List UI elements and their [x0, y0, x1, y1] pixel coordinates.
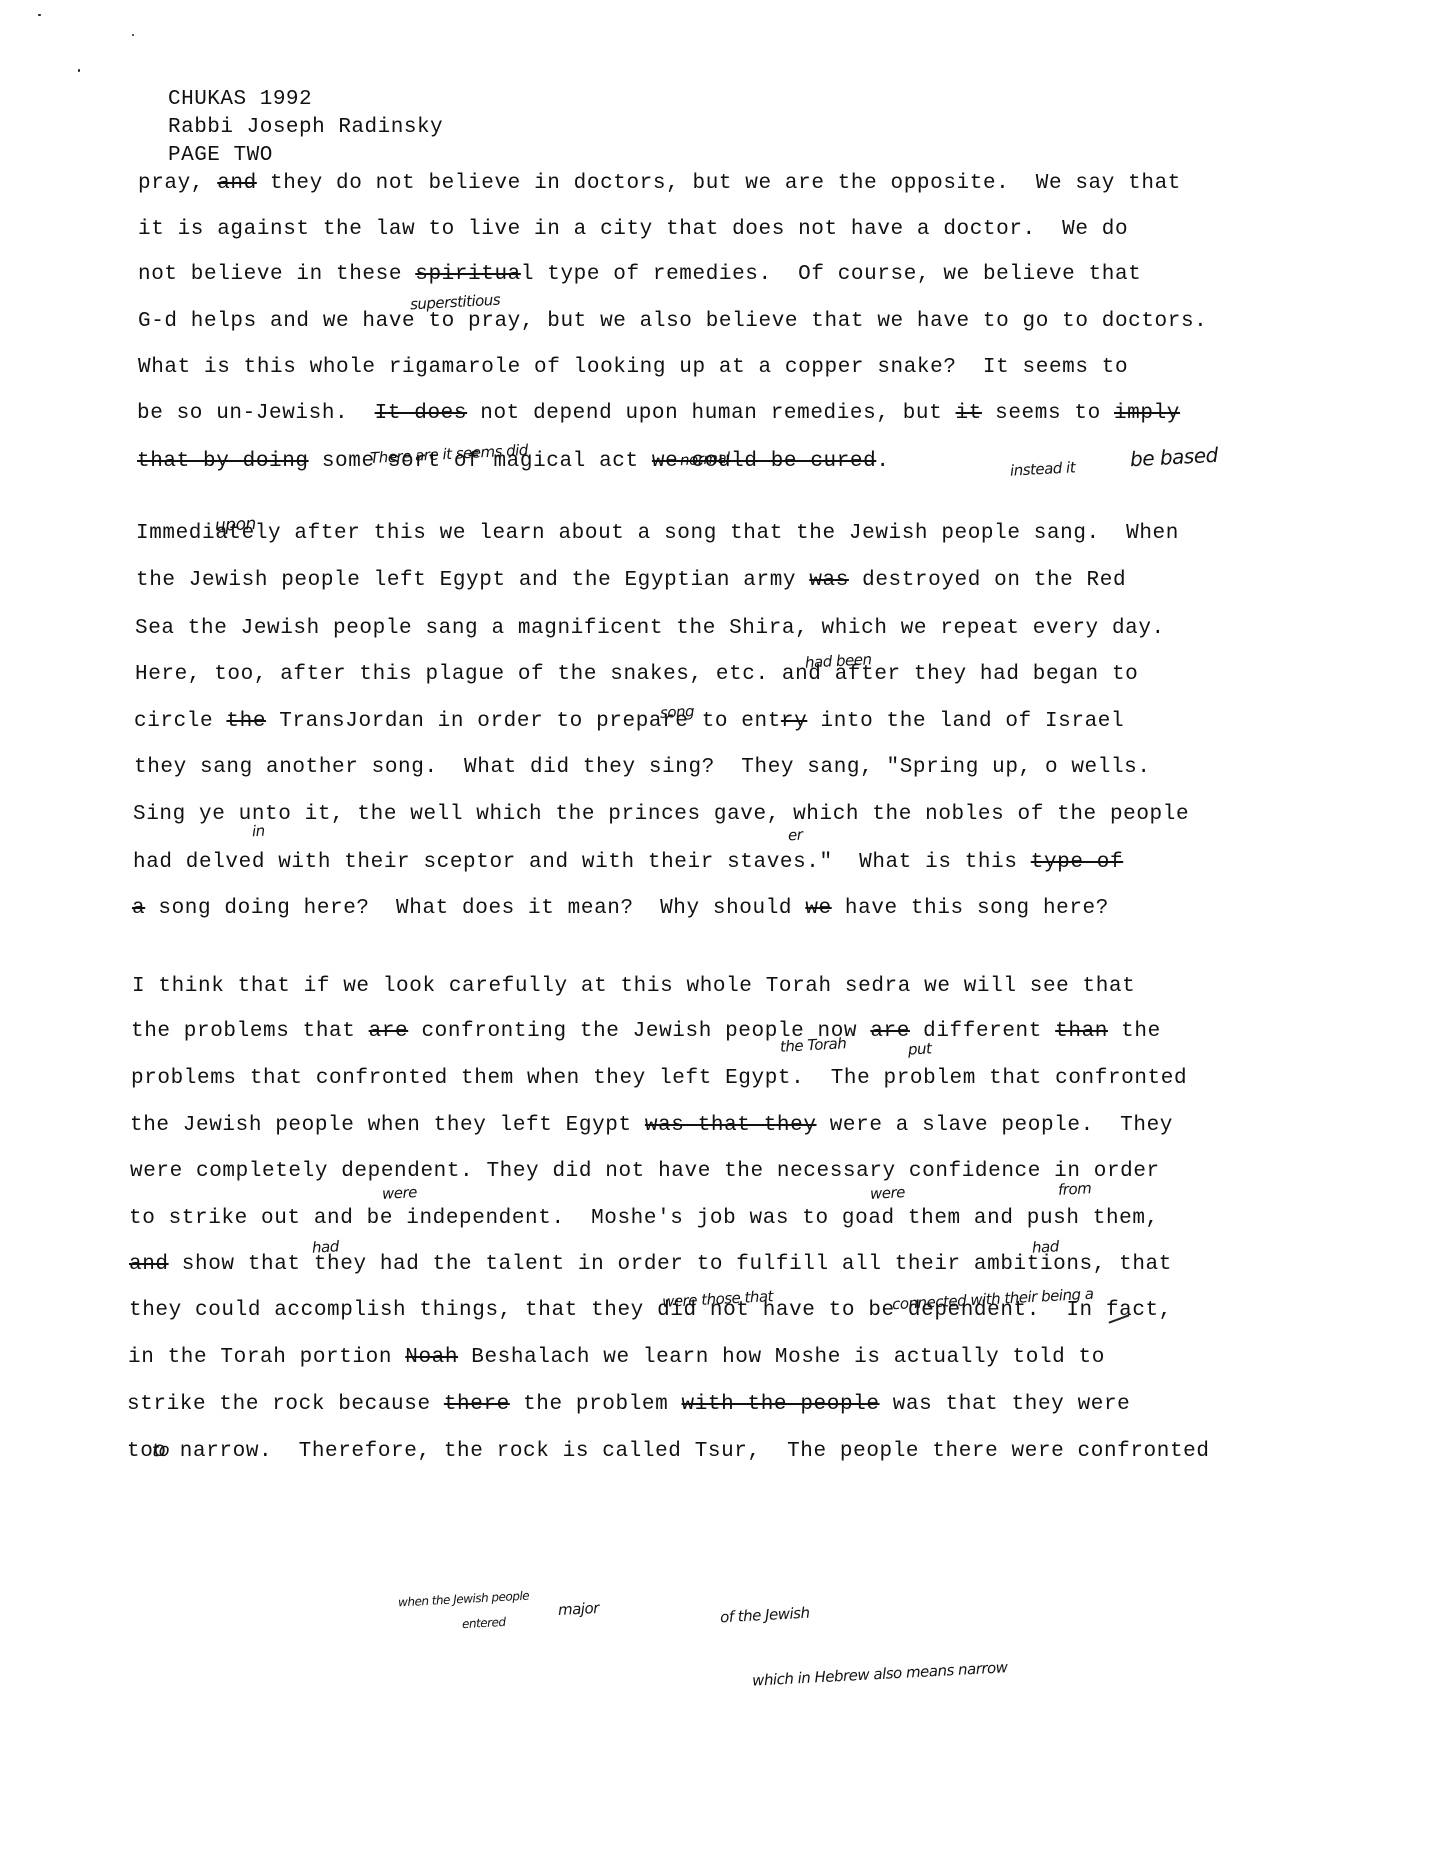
struck-text: Noah [405, 1346, 458, 1369]
text-line: to strike out and be independent. Moshe'… [129, 1207, 1159, 1230]
handwritten-annotation: major [558, 1599, 600, 1619]
text-line: the Jewish people when they left Egypt w… [130, 1114, 1173, 1137]
text-run: into the land of Israel [807, 710, 1124, 733]
struck-text: was that they [645, 1114, 817, 1137]
handwritten-annotation: song [660, 702, 695, 722]
text-run: Beshalach we learn how Moshe is actually… [458, 1346, 1105, 1369]
page-label: PAGE TWO [168, 142, 443, 170]
text-run: G-d helps and we have to pray, but we al… [138, 310, 1207, 333]
text-line: Sing ye unto it, the well which the prin… [133, 803, 1189, 826]
handwritten-annotation: the Torah [780, 1034, 847, 1055]
text-run: were a slave people. They [817, 1114, 1173, 1137]
struck-text: was [809, 569, 849, 592]
handwritten-annotation: entered [462, 1615, 506, 1631]
text-run: different [910, 1020, 1055, 1043]
text-run: Here, too, after this plague of the snak… [135, 663, 1138, 686]
text-run: the Jewish people left Egypt and the Egy… [136, 569, 809, 592]
text-run: . [876, 450, 889, 473]
text-run: strike the rock because [127, 1393, 444, 1416]
handwritten-annotation: er [788, 826, 803, 845]
text-line: were completely dependent. They did not … [130, 1160, 1160, 1183]
scan-speck [38, 14, 41, 16]
text-run: circle [134, 710, 226, 733]
struck-text: are [870, 1020, 910, 1043]
struck-text: type of [1031, 851, 1123, 874]
scan-speck [78, 69, 80, 72]
text-line: not believe in these spiritual type of r… [138, 263, 1141, 286]
text-line: Here, too, after this plague of the snak… [135, 663, 1138, 686]
text-line: I think that if we look carefully at thi… [132, 975, 1135, 998]
text-line: What is this whole rigamarole of looking… [138, 356, 1128, 379]
text-run: in the Torah portion [128, 1346, 405, 1369]
struck-text: spiritua [415, 263, 521, 286]
text-line: had delved with their sceptor and with t… [133, 851, 1123, 874]
text-run: seems to [982, 402, 1114, 425]
text-run: the problems that [131, 1020, 369, 1043]
struck-text: we [805, 897, 831, 920]
text-line: the problems that are confronting the Je… [131, 1020, 1161, 1043]
text-run: to strike out and be independent. Moshe'… [129, 1207, 1159, 1230]
handwritten-annotation: had [312, 1237, 340, 1256]
text-run: show that they had the talent in order t… [169, 1253, 1172, 1276]
handwritten-annotation: when the Jewish people [398, 1589, 530, 1610]
struck-text: and [217, 172, 257, 195]
text-run: l type of remedies. Of course, we believ… [521, 263, 1142, 286]
text-run: too narrow. Therefore, the rock is calle… [127, 1440, 1210, 1463]
handwritten-annotation: had [1032, 1237, 1060, 1256]
struck-text: are [369, 1020, 409, 1043]
text-run [204, 172, 217, 195]
text-run: TransJordan in order to prepare to ent [266, 710, 781, 733]
scan-speck [132, 34, 134, 36]
struck-text: there [444, 1393, 510, 1416]
text-run: had delved with their sceptor and with t… [133, 851, 1031, 874]
text-run: Sing ye unto it, the well which the prin… [133, 803, 1189, 826]
struck-text: than [1055, 1020, 1108, 1043]
text-run: not believe in these [138, 263, 415, 286]
handwritten-annotation: from [1058, 1179, 1092, 1199]
struck-text: the [226, 710, 266, 733]
handwritten-annotation: be based [1129, 443, 1218, 472]
struck-text: It does [375, 402, 467, 425]
text-run: be so un-Jewish. [137, 402, 375, 425]
document-header: CHUKAS 1992 Rabbi Joseph Radinsky PAGE T… [168, 86, 443, 170]
struck-text: it [956, 402, 982, 425]
text-run: not depend upon human remedies, but [467, 402, 955, 425]
text-run: What is this whole rigamarole of looking… [138, 356, 1128, 379]
text-run: it is against the law to live in a city … [138, 218, 1128, 241]
text-run: they sang another song. What did they si… [134, 756, 1151, 779]
handwritten-annotation: upon [215, 514, 257, 536]
text-line: it is against the law to live in a city … [138, 218, 1128, 241]
text-run: pray, [138, 172, 204, 195]
text-run: was that they were [880, 1393, 1131, 1416]
handwritten-annotation: were [870, 1183, 906, 1203]
handwritten-annotation: put [908, 1039, 932, 1058]
handwritten-annotation: were [382, 1183, 418, 1203]
text-run: the Jewish people when they left Egypt [130, 1114, 645, 1137]
handwritten-annotation: normal [680, 449, 731, 470]
text-line: G-d helps and we have to pray, but we al… [138, 310, 1207, 333]
sermon-title: CHUKAS 1992 [168, 86, 443, 114]
struck-text: that by doing [137, 450, 309, 473]
author-name: Rabbi Joseph Radinsky [168, 114, 443, 142]
text-run: Immediately after this we learn about a … [136, 522, 1179, 545]
handwritten-annotation: had been [805, 650, 872, 671]
text-line: strike the rock because there the proble… [127, 1393, 1130, 1416]
text-line: circle the TransJordan in order to prepa… [134, 710, 1124, 733]
text-run: song doing here? What does it mean? Why … [145, 897, 805, 920]
handwritten-annotation: of the Jewish [720, 1604, 810, 1627]
struck-text: and [129, 1253, 169, 1276]
text-line: Immediately after this we learn about a … [136, 522, 1179, 545]
handwritten-annotation: in [252, 822, 266, 841]
handwritten-annotation: to [151, 1440, 169, 1462]
text-line: be so un-Jewish. It does not depend upon… [137, 402, 1180, 425]
text-line: the Jewish people left Egypt and the Egy… [136, 569, 1126, 592]
text-run: destroyed on the Red [849, 569, 1126, 592]
text-run: I think that if we look carefully at thi… [132, 975, 1135, 998]
struck-text: with the people [682, 1393, 880, 1416]
text-line: in the Torah portion Noah Beshalach we l… [128, 1346, 1105, 1369]
text-line: problems that confronted them when they … [131, 1067, 1187, 1090]
text-run: problems that confronted them when they … [131, 1067, 1187, 1090]
text-run: the [1108, 1020, 1161, 1043]
struck-text: a [132, 897, 145, 920]
text-line: Sea the Jewish people sang a magnificent… [135, 617, 1165, 640]
text-line: pray, and they do not believe in doctors… [138, 172, 1181, 195]
text-line: a song doing here? What does it mean? Wh… [132, 897, 1109, 920]
handwritten-annotation: instead it [1010, 458, 1076, 479]
text-run: the problem [510, 1393, 682, 1416]
text-line: too narrow. Therefore, the rock is calle… [127, 1440, 1210, 1463]
text-run: have this song here? [832, 897, 1109, 920]
struck-text: ry [781, 710, 807, 733]
handwritten-annotation: which in Hebrew also means narrow [752, 1658, 1008, 1689]
struck-text: imply [1114, 402, 1180, 425]
text-run: they do not believe in doctors, but we a… [257, 172, 1181, 195]
text-run: were completely dependent. They did not … [130, 1160, 1160, 1183]
text-line: they sang another song. What did they si… [134, 756, 1151, 779]
text-line: and show that they had the talent in ord… [129, 1253, 1172, 1276]
text-run: Sea the Jewish people sang a magnificent… [135, 617, 1165, 640]
document-page: CHUKAS 1992 Rabbi Joseph Radinsky PAGE T… [0, 0, 1430, 1851]
